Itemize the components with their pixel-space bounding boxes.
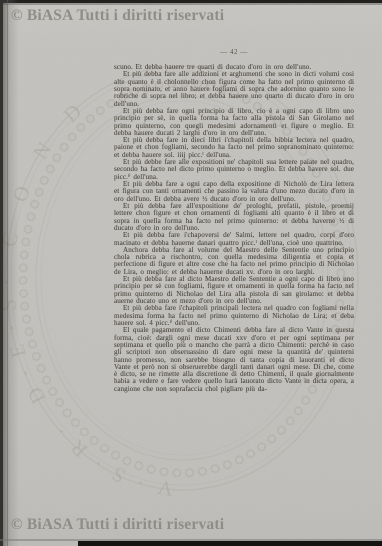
paragraph: Et più debba fare alle addizioni et argh… bbox=[114, 71, 354, 108]
paragraph: Anchora debba fare al volume del Maestro… bbox=[114, 247, 354, 276]
paragraph: Et più debbe fare alle expositioni ne' c… bbox=[114, 159, 354, 181]
copyright-watermark-bottom: © BiASA Tutti i diritti riservati bbox=[11, 516, 371, 534]
paragraph: Et più debba fare a ogni capo della expo… bbox=[114, 181, 354, 203]
page-number: — 42 — bbox=[114, 48, 354, 56]
paragraph: El quale pagamento el dicto Chimenti deb… bbox=[114, 327, 354, 393]
body-text-block: scuno. Et debba hauere tre quarti di duc… bbox=[114, 64, 354, 393]
paragraph: Et più debba fare all'expositione de' pr… bbox=[114, 203, 354, 232]
paragraph: Et più debba fare i'chapitoli principali… bbox=[114, 305, 354, 327]
paragraph: Et più debba fare ogni principio di libr… bbox=[114, 108, 354, 137]
copyright-watermark-top: © BiASA Tutti i diritti riservati bbox=[11, 7, 371, 25]
scanned-book-page: V·S·R· D·E·S· C O N D — 42 — scuno. Et d… bbox=[0, 0, 382, 546]
paragraph: Et più debba fare al dicto Maestro delle… bbox=[114, 276, 354, 305]
binding-gutter-shadow bbox=[3, 0, 19, 546]
paragraph: Et più debba fare in dieci libri i'chapi… bbox=[114, 137, 354, 159]
binding-crease-line bbox=[7, 0, 8, 546]
scan-edge-top-shadow bbox=[0, 3, 382, 5]
paragraph: Et più debba fare i'chapoversi de' Salmi… bbox=[114, 232, 354, 247]
scan-edge-bottom bbox=[78, 541, 382, 546]
